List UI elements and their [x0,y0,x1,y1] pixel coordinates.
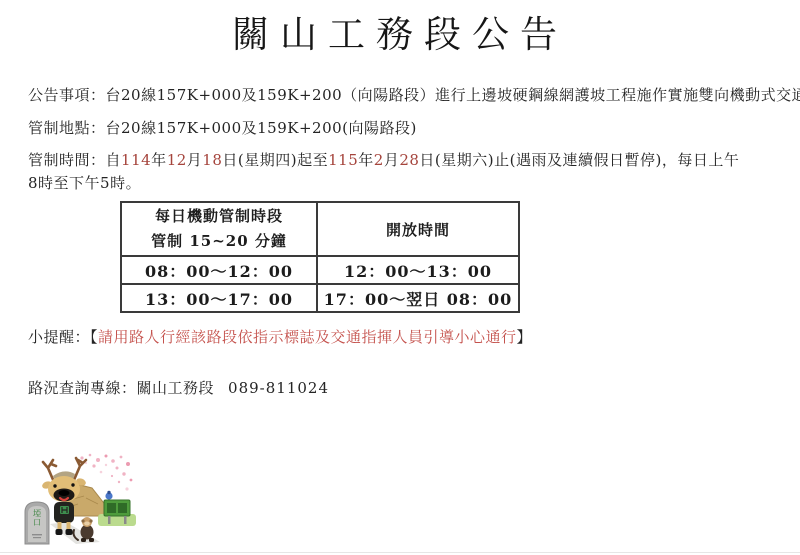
time-text: 年 [358,151,374,169]
end-month: 2 [374,151,384,169]
hotline-label: 路況查詢專線： [28,379,137,397]
reminder-bracket-close: 】 [517,328,533,346]
mascot-illustration: 埡口 [20,452,138,545]
end-year: 115 [328,151,358,169]
time-text: 日(星期四)起至 [222,151,328,169]
control-time-cell: 13：00～17：00 [121,284,317,312]
control-location-line: 管制地點：台20線157K+000及159K+200(向陽路段) [28,117,417,138]
announcement-page: 關山工務段公告 公告事項：台20線157K+000及159K+200（向陽路段）… [0,0,800,555]
hotline-phone: 089-811024 [228,379,329,397]
announcement-line: 公告事項：台20線157K+000及159K+200（向陽路段）進行上邊坡硬鋼線… [28,84,800,105]
control-schedule-table: 每日機動管制時段 管制 15~20 分鐘 開放時間 08：00～12：00 12… [120,201,520,313]
open-time-cell: 17：00～翌日 08：00 [317,284,519,312]
location-label: 管制地點： [28,119,106,137]
reminder-line: 小提醒：【請用路人行經該路段依指示標誌及交通指揮人員引導小心通行】 [28,326,532,347]
time-label: 管制時間： [28,151,106,169]
time-text: 月 [187,151,203,169]
table-row: 13：00～17：00 17：00～翌日 08：00 [121,284,519,312]
open-time-cell: 12：00～13：00 [317,256,519,284]
control-time-cell: 08：00～12：00 [121,256,317,284]
start-day: 18 [202,151,222,169]
climber-icon [105,491,112,500]
cherry-blossom-icons [80,454,132,491]
monument-text: 埡口 [33,508,42,527]
table-row: 08：00～12：00 12：00～13：00 [121,256,519,284]
reminder-text: 請用路人行經該路段依指示標誌及交通指揮人員引導小心通行 [98,328,517,346]
time-text-line2: 8時至下午5時。 [28,174,141,192]
time-text: 年 [151,151,167,169]
header-control-period: 每日機動管制時段 管制 15~20 分鐘 [121,202,317,256]
hotline-office: 關山工務段 [137,379,215,397]
start-month: 12 [167,151,187,169]
time-text: 月 [384,151,400,169]
announcement-label: 公告事項： [28,86,106,104]
header-open-time: 開放時間 [317,202,519,256]
reminder-bracket-open: 【 [90,328,98,346]
page-title: 關山工務段公告 [0,4,800,58]
start-year: 114 [121,151,151,169]
header-control-period-line2: 管制 15~20 分鐘 [122,229,316,254]
header-control-period-line1: 每日機動管制時段 [122,204,316,229]
time-text: 日(星期六)止(遇雨及連續假日暫停)，每日上午 [419,151,739,169]
announcement-text: 台20線157K+000及159K+200（向陽路段）進行上邊坡硬鋼線網護坡工程… [106,86,800,104]
hotline-line: 路況查詢專線：關山工務段089-811024 [28,377,329,398]
control-time-line: 管制時間：自114年12月18日(星期四)起至115年2月28日(星期六)止(遇… [28,149,772,195]
location-text: 台20線157K+000及159K+200(向陽路段) [106,119,417,137]
monument-icon: 埡口 [25,502,49,544]
table-header-row: 每日機動管制時段 管制 15~20 分鐘 開放時間 [121,202,519,256]
end-day: 28 [399,151,419,169]
reminder-label: 小提醒： [28,328,90,346]
time-text: 自 [106,151,122,169]
bottom-divider [0,552,800,553]
